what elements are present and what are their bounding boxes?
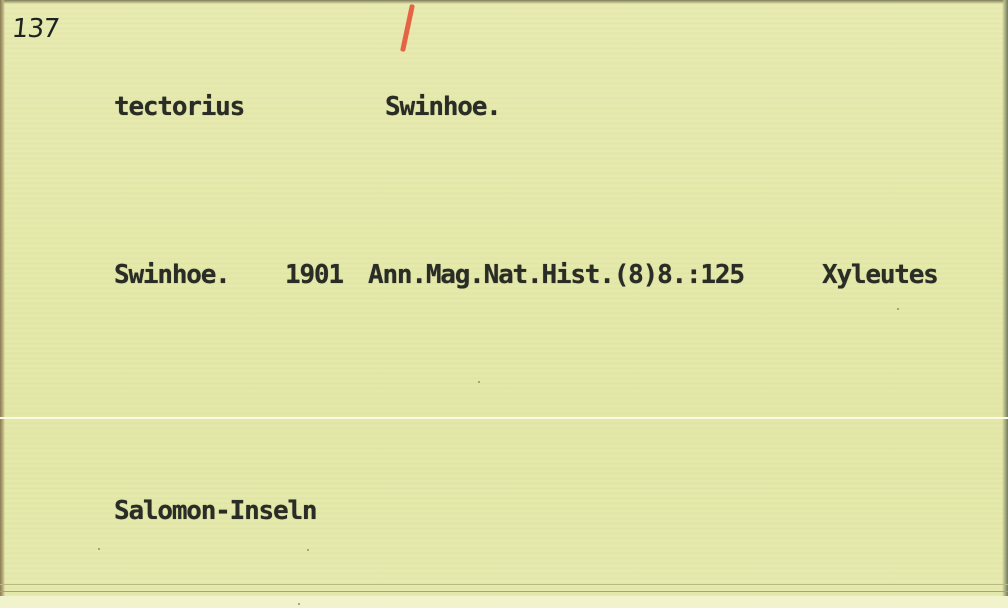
- card-left-edge: [0, 0, 5, 608]
- red-pencil-mark: [400, 4, 415, 52]
- card-top-edge: [0, 0, 1008, 4]
- paper-speck: [478, 381, 480, 383]
- species-author: Swinhoe.: [385, 92, 501, 122]
- bottom-rule: [0, 591, 1008, 592]
- paper-speck: [897, 308, 899, 310]
- paper-speck: [298, 603, 300, 605]
- index-card: 137 tectorius Swinhoe. Swinhoe. 1901 Ann…: [0, 0, 1008, 608]
- paper-speck: [98, 548, 100, 550]
- card-right-edge: [1002, 0, 1008, 608]
- bottom-rule: [0, 584, 1008, 585]
- reference-year: 1901: [285, 260, 343, 290]
- reference-genus: Xyleutes: [822, 260, 938, 290]
- reference-citation: Ann.Mag.Nat.Hist.(8)8.:125: [368, 260, 744, 290]
- handwritten-card-number: 137: [10, 14, 60, 44]
- card-bottom-edge: [0, 596, 1008, 608]
- locality: Salomon-Inseln: [114, 496, 316, 526]
- reference-author: Swinhoe.: [114, 260, 230, 290]
- scan-line: [0, 417, 1008, 419]
- paper-speck: [307, 549, 309, 551]
- species-name: tectorius: [114, 92, 244, 122]
